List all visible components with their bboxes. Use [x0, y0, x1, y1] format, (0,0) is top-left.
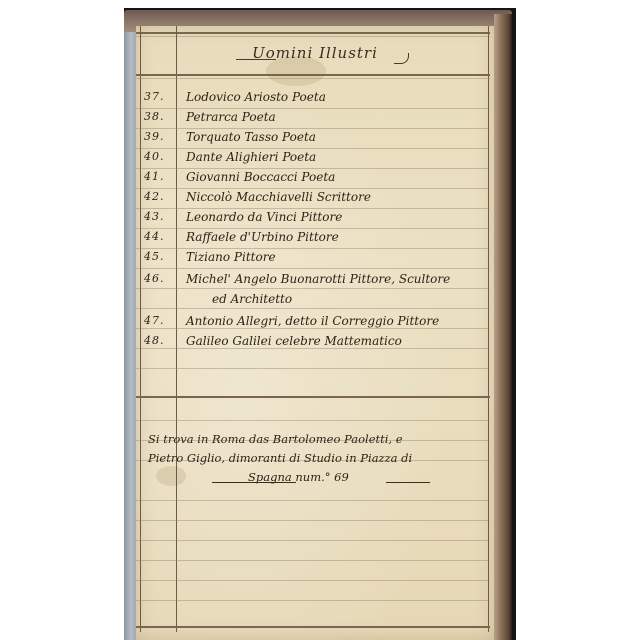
ruled-line [136, 560, 490, 561]
imprint-block: Si trova in Roma das Bartolomeo Paoletti… [148, 430, 488, 487]
list-item: 47. Antonio Allegri, detto il Correggio … [136, 314, 494, 334]
entry-number: 40. [144, 150, 174, 163]
imprint-flourish-left [212, 482, 296, 483]
entry-name: Lodovico Ariosto Poeta [186, 90, 326, 104]
entry-name: Tiziano Pittore [186, 250, 276, 264]
section-divider [136, 396, 490, 398]
ruled-line [136, 600, 490, 601]
entry-name: Antonio Allegri, detto il Correggio Pitt… [186, 314, 439, 328]
list-item: 42. Niccolò Macchiavelli Scrittore [136, 190, 494, 210]
ruled-line [136, 540, 490, 541]
heading-underline-thin [136, 78, 490, 79]
entry-number: 38. [144, 110, 174, 123]
entry-name: Dante Alighieri Poeta [186, 150, 316, 164]
entry-number: 46. [144, 272, 174, 285]
entry-continuation: ed Architetto [212, 292, 292, 306]
list-item: 48. Galileo Galilei celebre Mattematico [136, 334, 494, 354]
list-item: 37. Lodovico Ariosto Poeta [136, 90, 494, 110]
ruled-line [136, 420, 490, 421]
list-item: 41. Giovanni Boccacci Poeta [136, 170, 494, 190]
heading-underline [136, 74, 490, 76]
list-item: 46. Michel' Angelo Buonarotti Pittore, S… [136, 272, 494, 292]
imprint-line-2: Pietro Giglio, dimoranti di Studio in Pi… [148, 449, 488, 468]
entry-number: 39. [144, 130, 174, 143]
list-item: 40. Dante Alighieri Poeta [136, 150, 494, 170]
entry-number: 48. [144, 334, 174, 347]
entry-name: Petrarca Poeta [186, 110, 276, 124]
list-item: 39. Torquato Tasso Poeta [136, 130, 494, 150]
entry-number: 41. [144, 170, 174, 183]
list-item: 38. Petrarca Poeta [136, 110, 494, 130]
title-flourish-right [394, 53, 409, 64]
list-item: 44. Raffaele d'Urbino Pittore [136, 230, 494, 250]
ruled-line [136, 580, 490, 581]
entry-name: Niccolò Macchiavelli Scrittore [186, 190, 371, 204]
imprint-line-3: Spagna num.° 69 [148, 468, 488, 487]
entry-name: Giovanni Boccacci Poeta [186, 170, 335, 184]
ruled-line [136, 500, 490, 501]
page-title: Uomini Illustri [136, 44, 494, 62]
ruled-line [136, 520, 490, 521]
list-item: 45. Tiziano Pittore [136, 250, 494, 270]
entry-name: Torquato Tasso Poeta [186, 130, 316, 144]
entry-name: Raffaele d'Urbino Pittore [186, 230, 339, 244]
entry-name: Leonardo da Vinci Pittore [186, 210, 342, 224]
entry-name: Galileo Galilei celebre Mattematico [186, 334, 402, 348]
imprint-line-1: Si trova in Roma das Bartolomeo Paoletti… [148, 430, 488, 449]
book-cover-right-edge [494, 14, 512, 640]
ruled-line [136, 308, 490, 309]
entry-name: Michel' Angelo Buonarotti Pittore, Scult… [186, 272, 450, 286]
entry-number: 43. [144, 210, 174, 223]
entry-number: 44. [144, 230, 174, 243]
entry-number: 37. [144, 90, 174, 103]
imprint-flourish-right [386, 482, 430, 483]
entry-number: 45. [144, 250, 174, 263]
entry-number: 42. [144, 190, 174, 203]
bottom-border-rule [136, 626, 490, 628]
top-border-rule [136, 32, 490, 34]
ruled-line [136, 368, 490, 369]
manuscript-page: Uomini Illustri 37. Lodovico Ariosto Poe… [136, 26, 494, 640]
top-border-rule-thin [136, 36, 490, 37]
entry-number: 47. [144, 314, 174, 327]
list-item: 43. Leonardo da Vinci Pittore [136, 210, 494, 230]
